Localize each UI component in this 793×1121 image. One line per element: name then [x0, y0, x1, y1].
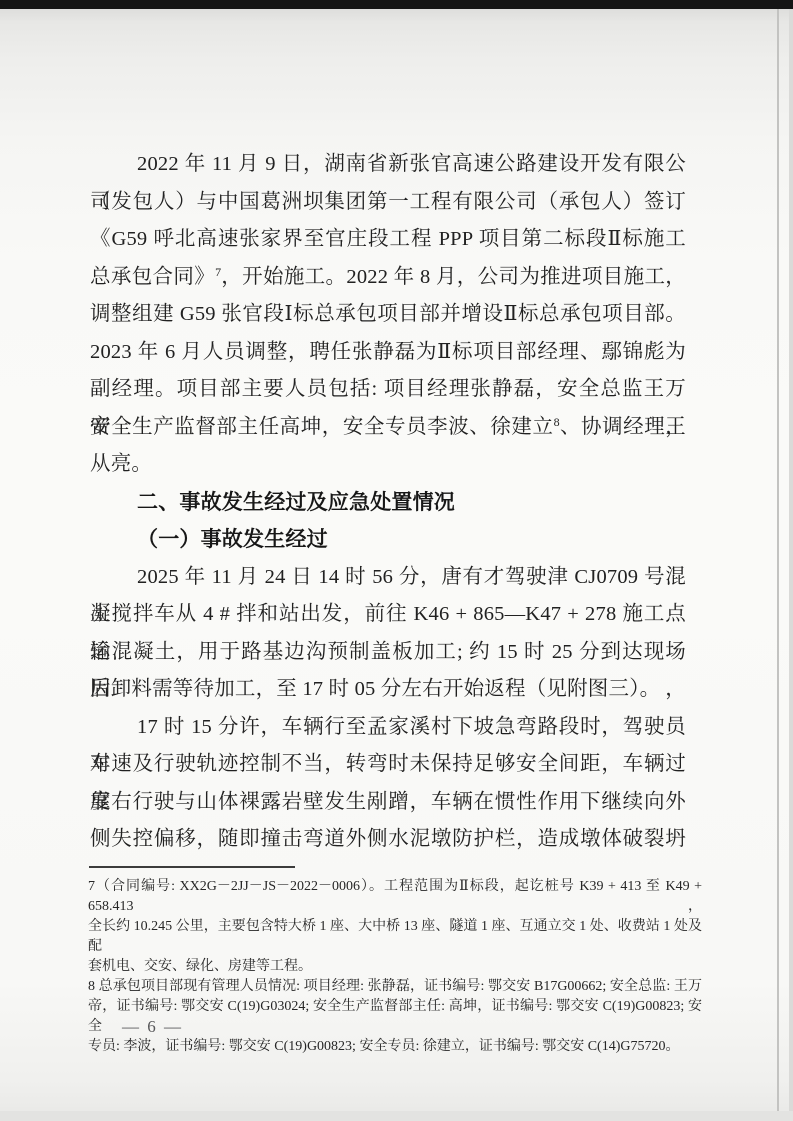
- paragraph1-line4-text: 总承包合同》: [90, 266, 215, 288]
- paragraph3-line1: 17 时 15 分许，车辆行至孟家溪村下坡急弯路段时，驾驶员对: [90, 709, 686, 747]
- footnote-8-line1: 8 总承包项目部现有管理人员情况: 项目经理: 张静磊，证书编号: 鄂交安 B1…: [88, 977, 702, 997]
- paragraph1-line9: 从亮。: [90, 446, 686, 484]
- paragraph1-line2: （发包人）与中国葛洲坝集团第一工程有限公司（承包人）签订: [90, 184, 686, 222]
- paragraph2-line3: 输混凝土，用于路基边沟预制盖板加工; 约 15 时 25 分到达现场后，: [90, 634, 686, 672]
- paragraph1-line8-text: 安全生产监督部主任高坤，安全专员李波、徐建立: [90, 416, 554, 438]
- paragraph3-line3: 靠右行驶与山体裸露岩壁发生剐蹭，车辆在惯性作用下继续向外: [90, 784, 686, 822]
- scan-edge-bottom: [0, 1111, 793, 1121]
- page-number: — 6 —: [122, 1017, 183, 1037]
- scanned-report-page: 2022 年 11 月 9 日，湖南省新张官高速公路建设开发有限公司 （发包人）…: [0, 0, 793, 1121]
- report-body: 2022 年 11 月 9 日，湖南省新张官高速公路建设开发有限公司 （发包人）…: [90, 146, 686, 859]
- footnote-8-line3: 专员: 李波，证书编号: 鄂交安 C(19)G00823; 安全专员: 徐建立，…: [88, 1037, 702, 1057]
- scan-edge-right-line: [777, 9, 779, 1121]
- paragraph1-line7: 副经理。项目部主要人员包括: 项目经理张静磊，安全总监王万帝，: [90, 371, 686, 409]
- footnote-divider: [89, 866, 295, 868]
- paragraph1-line8: 安全生产监督部主任高坤，安全专员李波、徐建立8、协调经理王: [90, 409, 686, 447]
- scan-edge-right-strip: [789, 9, 793, 1121]
- paragraph1-line4-text-after: ，开始施工。2022 年 8 月，公司为推进项目施工，: [221, 266, 686, 288]
- section-heading: 二、事故发生经过及应急处置情况: [90, 484, 686, 522]
- paragraph1-line4: 总承包合同》7，开始施工。2022 年 8 月，公司为推进项目施工，: [90, 259, 686, 297]
- paragraph1-line1: 2022 年 11 月 9 日，湖南省新张官高速公路建设开发有限公司: [90, 146, 686, 184]
- paragraph1-line3: 《G59 呼北高速张家界至官庄段工程 PPP 项目第二标段Ⅱ标施工: [90, 221, 686, 259]
- paragraph2-line1: 2025 年 11 月 24 日 14 时 56 分，唐有才驾驶津 CJ0709…: [90, 559, 686, 597]
- paragraph3-line4: 侧失控偏移，随即撞击弯道外侧水泥墩防护栏，造成墩体破裂坍: [90, 821, 686, 859]
- subsection-heading: （一）事故发生经过: [90, 521, 686, 559]
- footnote-7-line2: 全长约 10.245 公里，主要包含特大桥 1 座、大中桥 13 座、隧道 1 …: [88, 917, 702, 957]
- paragraph3-line2: 车速及行驶轨迹控制不当，转弯时未保持足够安全间距，车辆过度: [90, 746, 686, 784]
- paragraph2-line4: 因卸料需等待加工，至 17 时 05 分左右开始返程（见附图三）。: [90, 671, 686, 709]
- paragraph1-line6: 2023 年 6 月人员调整，聘任张静磊为Ⅱ标项目部经理、鄢锦彪为: [90, 334, 686, 372]
- scan-edge-top: [0, 0, 793, 9]
- paragraph1-line5: 调整组建 G59 张官段Ⅰ标总承包项目部并增设Ⅱ标总承包项目部。: [90, 296, 686, 334]
- paragraph2-line2: 土搅拌车从 4 # 拌和站出发，前往 K46 + 865—K47 + 278 施…: [90, 596, 686, 634]
- footnote-7-line1: 7（合同编号: XX2G－2JJ－JS－2022－0006）。工程范围为Ⅱ标段，…: [88, 877, 702, 917]
- footnote-7-line3: 套机电、交安、绿化、房建等工程。: [88, 957, 702, 977]
- paragraph1-line8-text-after: 、协调经理王: [560, 416, 686, 438]
